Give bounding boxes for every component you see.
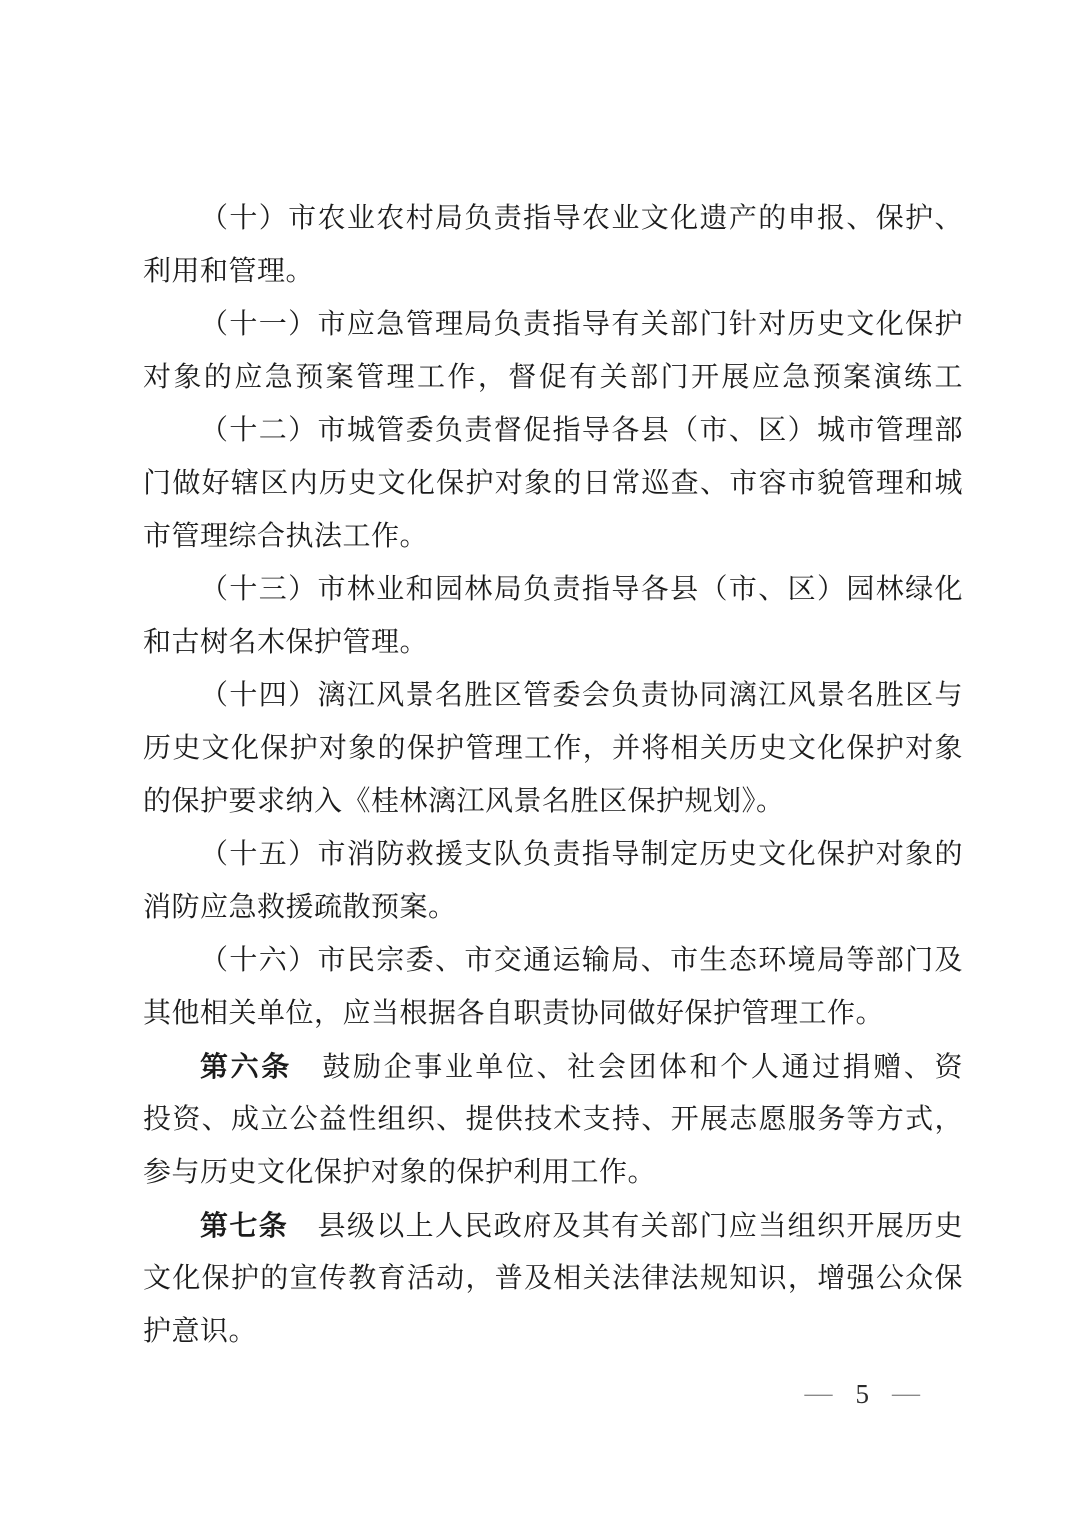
paragraph: （十五）市消防救援支队负责指导制定历史文化保护对象的消防应急救援疏散预案。 xyxy=(143,828,963,934)
text-line: 的保护要求纳入《桂林漓江风景名胜区保护规划》。 xyxy=(143,775,963,828)
document-body: （十）市农业农村局负责指导农业文化遗产的申报、保护、利用和管理。（十一）市应急管… xyxy=(143,192,963,1358)
article-number-label: 第六条 xyxy=(200,1051,292,1082)
footer-dash-right: — xyxy=(892,1380,920,1408)
document-page: （十）市农业农村局负责指导农业文化遗产的申报、保护、利用和管理。（十一）市应急管… xyxy=(0,0,1074,1520)
text-line: 利用和管理。 xyxy=(143,245,963,298)
text-line: 消防应急救援疏散预案。 xyxy=(143,881,963,934)
text-line: 对象的应急预案管理工作，督促有关部门开展应急预案演练工作。 xyxy=(143,351,963,404)
paragraph: （十二）市城管委负责督促指导各县（市、区）城市管理部门做好辖区内历史文化保护对象… xyxy=(143,404,963,563)
text-line: （十三）市林业和园林局负责指导各县（市、区）园林绿化 xyxy=(143,563,963,616)
text-line: （十四）漓江风景名胜区管委会负责协同漓江风景名胜区与 xyxy=(143,669,963,722)
paragraph: （十一）市应急管理局负责指导有关部门针对历史文化保护对象的应急预案管理工作，督促… xyxy=(143,298,963,404)
text-line: 和古树名木保护管理。 xyxy=(143,616,963,669)
text-line: 第六条 鼓励企事业单位、社会团体和个人通过捐赠、资助、 xyxy=(143,1040,963,1093)
footer-dash-left: — xyxy=(805,1380,833,1408)
text-line: 投资、成立公益性组织、提供技术支持、开展志愿服务等方式， xyxy=(143,1093,963,1146)
text-line: 参与历史文化保护对象的保护利用工作。 xyxy=(143,1146,963,1199)
paragraph: （十六）市民宗委、市交通运输局、市生态环境局等部门及其他相关单位，应当根据各自职… xyxy=(143,934,963,1040)
text-line: 护意识。 xyxy=(143,1305,963,1358)
page-number: 5 xyxy=(856,1381,870,1408)
paragraph: （十四）漓江风景名胜区管委会负责协同漓江风景名胜区与历史文化保护对象的保护管理工… xyxy=(143,669,963,828)
text-line: （十一）市应急管理局负责指导有关部门针对历史文化保护 xyxy=(143,298,963,351)
text-line: 历史文化保护对象的保护管理工作，并将相关历史文化保护对象 xyxy=(143,722,963,775)
paragraph: 第七条 县级以上人民政府及其有关部门应当组织开展历史文化保护的宣传教育活动，普及… xyxy=(143,1199,963,1358)
text-line: 门做好辖区内历史文化保护对象的日常巡查、市容市貌管理和城 xyxy=(143,457,963,510)
text-line: （十）市农业农村局负责指导农业文化遗产的申报、保护、 xyxy=(143,192,963,245)
paragraph: （十）市农业农村局负责指导农业文化遗产的申报、保护、利用和管理。 xyxy=(143,192,963,298)
text-line: （十二）市城管委负责督促指导各县（市、区）城市管理部 xyxy=(143,404,963,457)
text-line: 第七条 县级以上人民政府及其有关部门应当组织开展历史 xyxy=(143,1199,963,1252)
text-line: （十六）市民宗委、市交通运输局、市生态环境局等部门及 xyxy=(143,934,963,987)
paragraph: （十三）市林业和园林局负责指导各县（市、区）园林绿化和古树名木保护管理。 xyxy=(143,563,963,669)
text-line: 文化保护的宣传教育活动，普及相关法律法规知识，增强公众保 xyxy=(143,1252,963,1305)
text-line: （十五）市消防救援支队负责指导制定历史文化保护对象的 xyxy=(143,828,963,881)
text-line: 其他相关单位，应当根据各自职责协同做好保护管理工作。 xyxy=(143,987,963,1040)
page-footer: — 5 — xyxy=(805,1378,921,1410)
paragraph: 第六条 鼓励企事业单位、社会团体和个人通过捐赠、资助、投资、成立公益性组织、提供… xyxy=(143,1040,963,1199)
text-line: 市管理综合执法工作。 xyxy=(143,510,963,563)
article-number-label: 第七条 xyxy=(200,1210,288,1241)
